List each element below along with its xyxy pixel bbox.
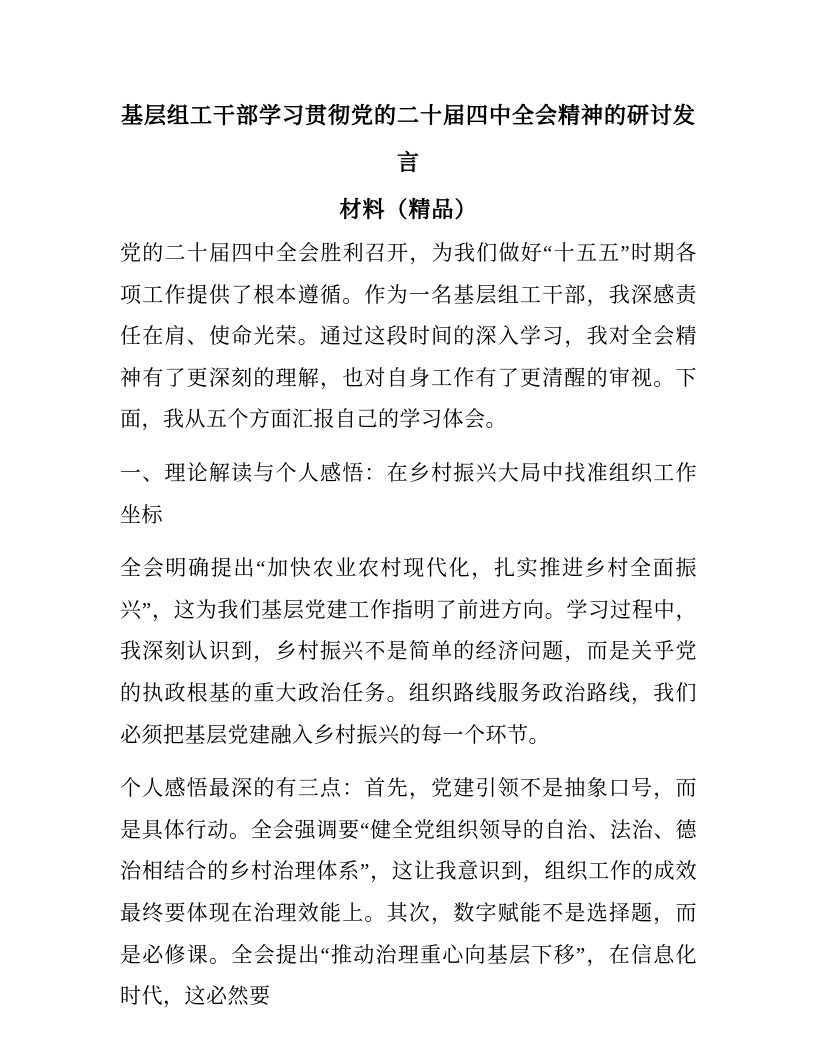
document-title: 基层组工干部学习贯彻党的二十届四中全会精神的研讨发言 材料（精品）: [120, 92, 697, 233]
document-title-line-2: 材料（精品）: [120, 186, 697, 233]
section-1-heading: 一、理论解读与个人感悟：在乡村振兴大局中找准组织工作坐标: [120, 453, 697, 536]
section-1-paragraph-1: 全会明确提出“加快农业农村现代化，扎实推进乡村全面振兴”，这为我们基层党建工作指…: [120, 548, 697, 756]
intro-paragraph: 党的二十届四中全会胜利召开，为我们做好“十五五”时期各项工作提供了根本遵循。作为…: [120, 233, 697, 441]
section-1-paragraph-2: 个人感悟最深的有三点：首先，党建引领不是抽象口号，而是具体行动。全会强调要“健全…: [120, 768, 697, 1018]
document-page: 基层组工干部学习贯彻党的二十届四中全会精神的研讨发言 材料（精品） 党的二十届四…: [0, 0, 816, 1056]
document-title-line-1: 基层组工干部学习贯彻党的二十届四中全会精神的研讨发言: [120, 92, 697, 186]
